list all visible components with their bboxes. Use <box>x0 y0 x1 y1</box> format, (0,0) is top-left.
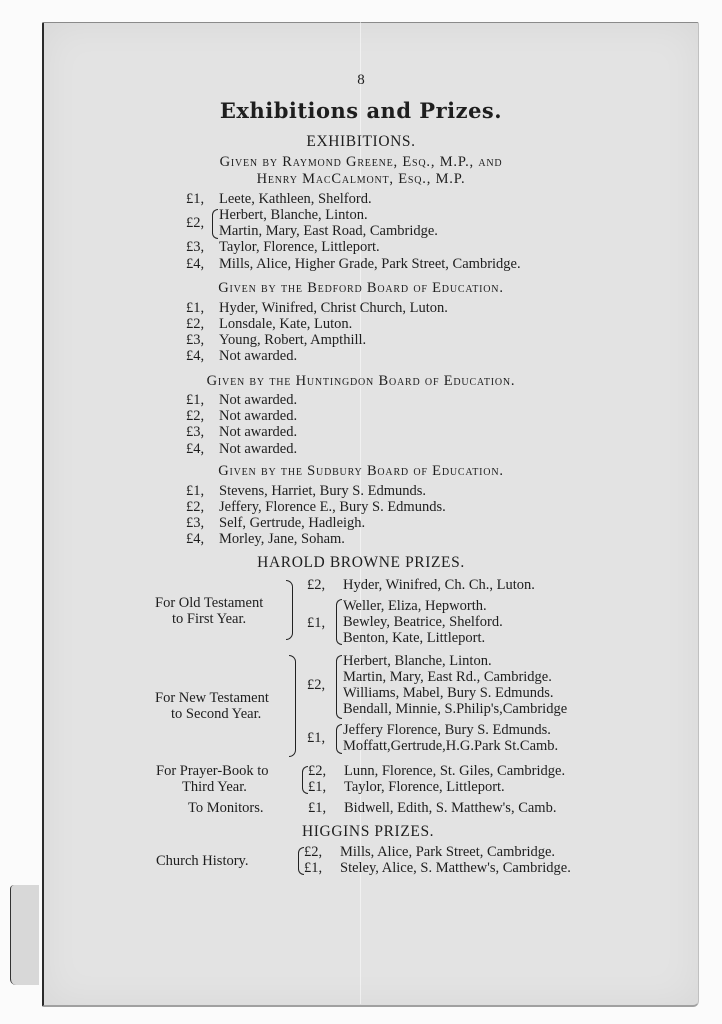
exhibitions-giver-4: Given by the Sudbury Board of Education. <box>0 463 722 479</box>
torn-paper-tab <box>10 885 39 985</box>
award-amount: £2, <box>186 499 204 516</box>
award-amount: £3, <box>186 332 204 349</box>
award-amount: £4, <box>186 348 204 365</box>
award-recipient: Not awarded. <box>219 348 297 364</box>
award-recipient: Weller, Eliza, Hepworth. <box>343 598 487 614</box>
harold-browne-heading: HAROLD BROWNE PRIZES. <box>0 555 722 571</box>
award-amount: £4, <box>186 441 204 458</box>
section-label: For New Testament <box>155 690 269 706</box>
section-label: For Prayer-Book to <box>156 763 268 779</box>
award-amount: £2, <box>186 316 204 333</box>
section-label: Church History. <box>156 853 249 869</box>
award-recipient: Herbert, Blanche, Linton. <box>219 207 368 223</box>
award-amount: £2, <box>186 408 204 425</box>
page-title: Exhibitions and Prizes. <box>0 103 722 119</box>
brace-icon <box>336 724 342 754</box>
award-amount: £1, <box>186 191 204 208</box>
section-label: to Second Year. <box>171 706 261 722</box>
award-amount: £2, <box>304 844 322 861</box>
award-amount: £3, <box>186 515 204 532</box>
brace-icon <box>336 655 342 719</box>
award-amount: £1, <box>307 730 325 747</box>
award-recipient: Moffatt,Gertrude,H.G.Park St.Camb. <box>343 738 558 754</box>
award-recipient: Self, Gertrude, Hadleigh. <box>219 515 365 531</box>
award-recipient: Mills, Alice, Park Street, Cambridge. <box>340 844 555 860</box>
award-recipient: Lonsdale, Kate, Luton. <box>219 316 352 332</box>
award-amount: £3, <box>186 239 204 256</box>
award-amount: £4, <box>186 256 204 273</box>
award-amount: £1, <box>308 800 326 817</box>
award-recipient: Bendall, Minnie, S.Philip's,Cambridge <box>343 701 567 717</box>
brace-icon <box>212 209 218 239</box>
award-amount: £1, <box>307 615 325 632</box>
award-recipient: Taylor, Florence, Littleport. <box>219 239 380 255</box>
award-recipient: Steley, Alice, S. Matthew's, Cambridge. <box>340 860 571 876</box>
brace-icon <box>286 580 293 640</box>
award-recipient: Lunn, Florence, St. Giles, Cambridge. <box>344 763 565 779</box>
award-recipient: Martin, Mary, East Road, Cambridge. <box>219 223 438 239</box>
award-amount: £1, <box>186 392 204 409</box>
award-recipient: Stevens, Harriet, Bury S. Edmunds. <box>219 483 426 499</box>
exhibitions-giver-1-line1: Given by Raymond Greene, Esq., M.P., and <box>0 154 722 170</box>
award-recipient: Benton, Kate, Littleport. <box>343 630 485 646</box>
award-recipient: Herbert, Blanche, Linton. <box>343 653 492 669</box>
section-label: For Old Testament <box>155 595 263 611</box>
award-recipient: Not awarded. <box>219 424 297 440</box>
section-label: to First Year. <box>172 611 246 627</box>
award-recipient: Not awarded. <box>219 392 297 408</box>
award-amount: £1, <box>186 483 204 500</box>
award-recipient: Not awarded. <box>219 441 297 457</box>
award-amount: £2, <box>308 763 326 780</box>
section-label: To Monitors. <box>188 800 264 816</box>
award-amount: £3, <box>186 424 204 441</box>
higgins-heading: HIGGINS PRIZES. <box>302 824 434 840</box>
award-recipient: Hyder, Winifred, Christ Church, Luton. <box>219 300 448 316</box>
award-recipient: Leete, Kathleen, Shelford. <box>219 191 372 207</box>
exhibitions-heading: EXHIBITIONS. <box>0 134 722 150</box>
award-amount: £2, <box>307 677 325 694</box>
page-number: 8 <box>0 72 722 88</box>
award-recipient: Hyder, Winifred, Ch. Ch., Luton. <box>343 577 535 593</box>
award-recipient: Bewley, Beatrice, Shelford. <box>343 614 503 630</box>
award-amount: £4, <box>186 531 204 548</box>
exhibitions-giver-3: Given by the Huntingdon Board of Educati… <box>0 373 722 389</box>
award-amount: £2, <box>186 215 204 232</box>
section-label: Third Year. <box>182 779 247 795</box>
award-amount: £1, <box>304 860 322 877</box>
award-amount: £2, <box>307 577 325 594</box>
award-recipient: Williams, Mabel, Bury S. Edmunds. <box>343 685 553 701</box>
award-recipient: Jeffery Florence, Bury S. Edmunds. <box>343 722 551 738</box>
award-amount: £1, <box>186 300 204 317</box>
award-amount: £1, <box>308 779 326 796</box>
award-recipient: Mills, Alice, Higher Grade, Park Street,… <box>219 256 521 272</box>
award-recipient: Martin, Mary, East Rd., Cambridge. <box>343 669 552 685</box>
award-recipient: Taylor, Florence, Littleport. <box>344 779 505 795</box>
brace-icon <box>289 655 296 757</box>
exhibitions-giver-2: Given by the Bedford Board of Education. <box>0 280 722 296</box>
award-recipient: Young, Robert, Ampthill. <box>219 332 366 348</box>
exhibitions-giver-1-line2: Henry MacCalmont, Esq., M.P. <box>0 171 722 187</box>
award-recipient: Morley, Jane, Soham. <box>219 531 345 547</box>
award-recipient: Jeffery, Florence E., Bury S. Edmunds. <box>219 499 446 515</box>
award-recipient: Not awarded. <box>219 408 297 424</box>
award-recipient: Bidwell, Edith, S. Matthew's, Camb. <box>344 800 556 816</box>
brace-icon <box>336 599 342 645</box>
